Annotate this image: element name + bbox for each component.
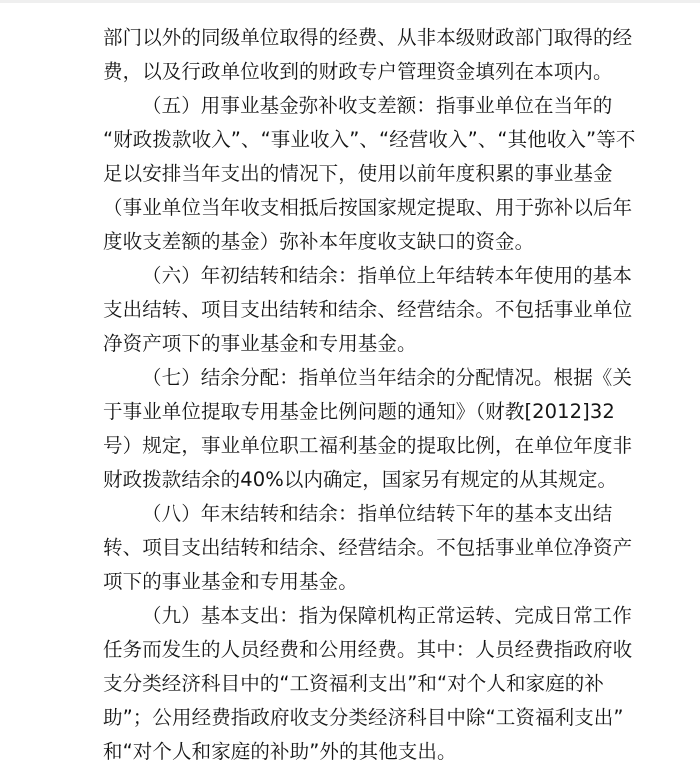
document-text-line: 项下的事业基金和专用基金。 — [103, 565, 663, 599]
document-text-line: （五）用事业基金弥补收支差额：指事业单位在当年的 — [103, 89, 663, 123]
document-text-line: 支分类经济科目中的“工资福利支出”和“对个人和家庭的补 — [103, 667, 663, 701]
document-text-line: （六）年初结转和结余：指单位上年结转本年使用的基本 — [103, 259, 663, 293]
document-text-line: 号）规定，事业单位职工福利基金的提取比例，在单位年度非 — [103, 429, 663, 463]
document-text-line: （九）基本支出：指为保障机构正常运转、完成日常工作 — [103, 599, 663, 633]
window-top-edge — [0, 0, 700, 3]
document-text-line: “财政拨款收入”、“事业收入”、“经营收入”、“其他收入”等不 — [103, 123, 663, 157]
document-text-line: （事业单位当年收支相抵后按国家规定提取、用于弥补以后年 — [103, 191, 663, 225]
document-text-line: （八）年末结转和结余：指单位结转下年的基本支出结 — [103, 497, 663, 531]
document-text-line: 净资产项下的事业基金和专用基金。 — [103, 327, 663, 361]
document-text-line: 助”；公用经费指政府收支分类经济科目中除“工资福利支出” — [103, 701, 663, 735]
document-text-line: 费，以及行政单位收到的财政专户管理资金填列在本项内。 — [103, 55, 663, 89]
document-text-line: 度收支差额的基金）弥补本年度收支缺口的资金。 — [103, 225, 663, 259]
document-text-line: 和“对个人和家庭的补助”外的其他支出。 — [103, 735, 663, 769]
document-text-line: 于事业单位提取专用基金比例问题的通知》（财教[2012]32 — [103, 395, 663, 429]
document-body: 部门以外的同级单位取得的经费、从非本级财政部门取得的经费，以及行政单位收到的财政… — [103, 21, 663, 769]
document-text-line: （七）结余分配：指单位当年结余的分配情况。根据《关 — [103, 361, 663, 395]
document-text-line: 财政拨款结余的40%以内确定，国家另有规定的从其规定。 — [103, 463, 663, 497]
document-text-line: 部门以外的同级单位取得的经费、从非本级财政部门取得的经 — [103, 21, 663, 55]
document-page: 部门以外的同级单位取得的经费、从非本级财政部门取得的经费，以及行政单位收到的财政… — [0, 0, 700, 776]
document-text-line: 转、项目支出结转和结余、经营结余。不包括事业单位净资产 — [103, 531, 663, 565]
document-text-line: 任务而发生的人员经费和公用经费。其中：人员经费指政府收 — [103, 633, 663, 667]
document-text-line: 支出结转、项目支出结转和结余、经营结余。不包括事业单位 — [103, 293, 663, 327]
document-text-line: 足以安排当年支出的情况下，使用以前年度积累的事业基金 — [103, 157, 663, 191]
